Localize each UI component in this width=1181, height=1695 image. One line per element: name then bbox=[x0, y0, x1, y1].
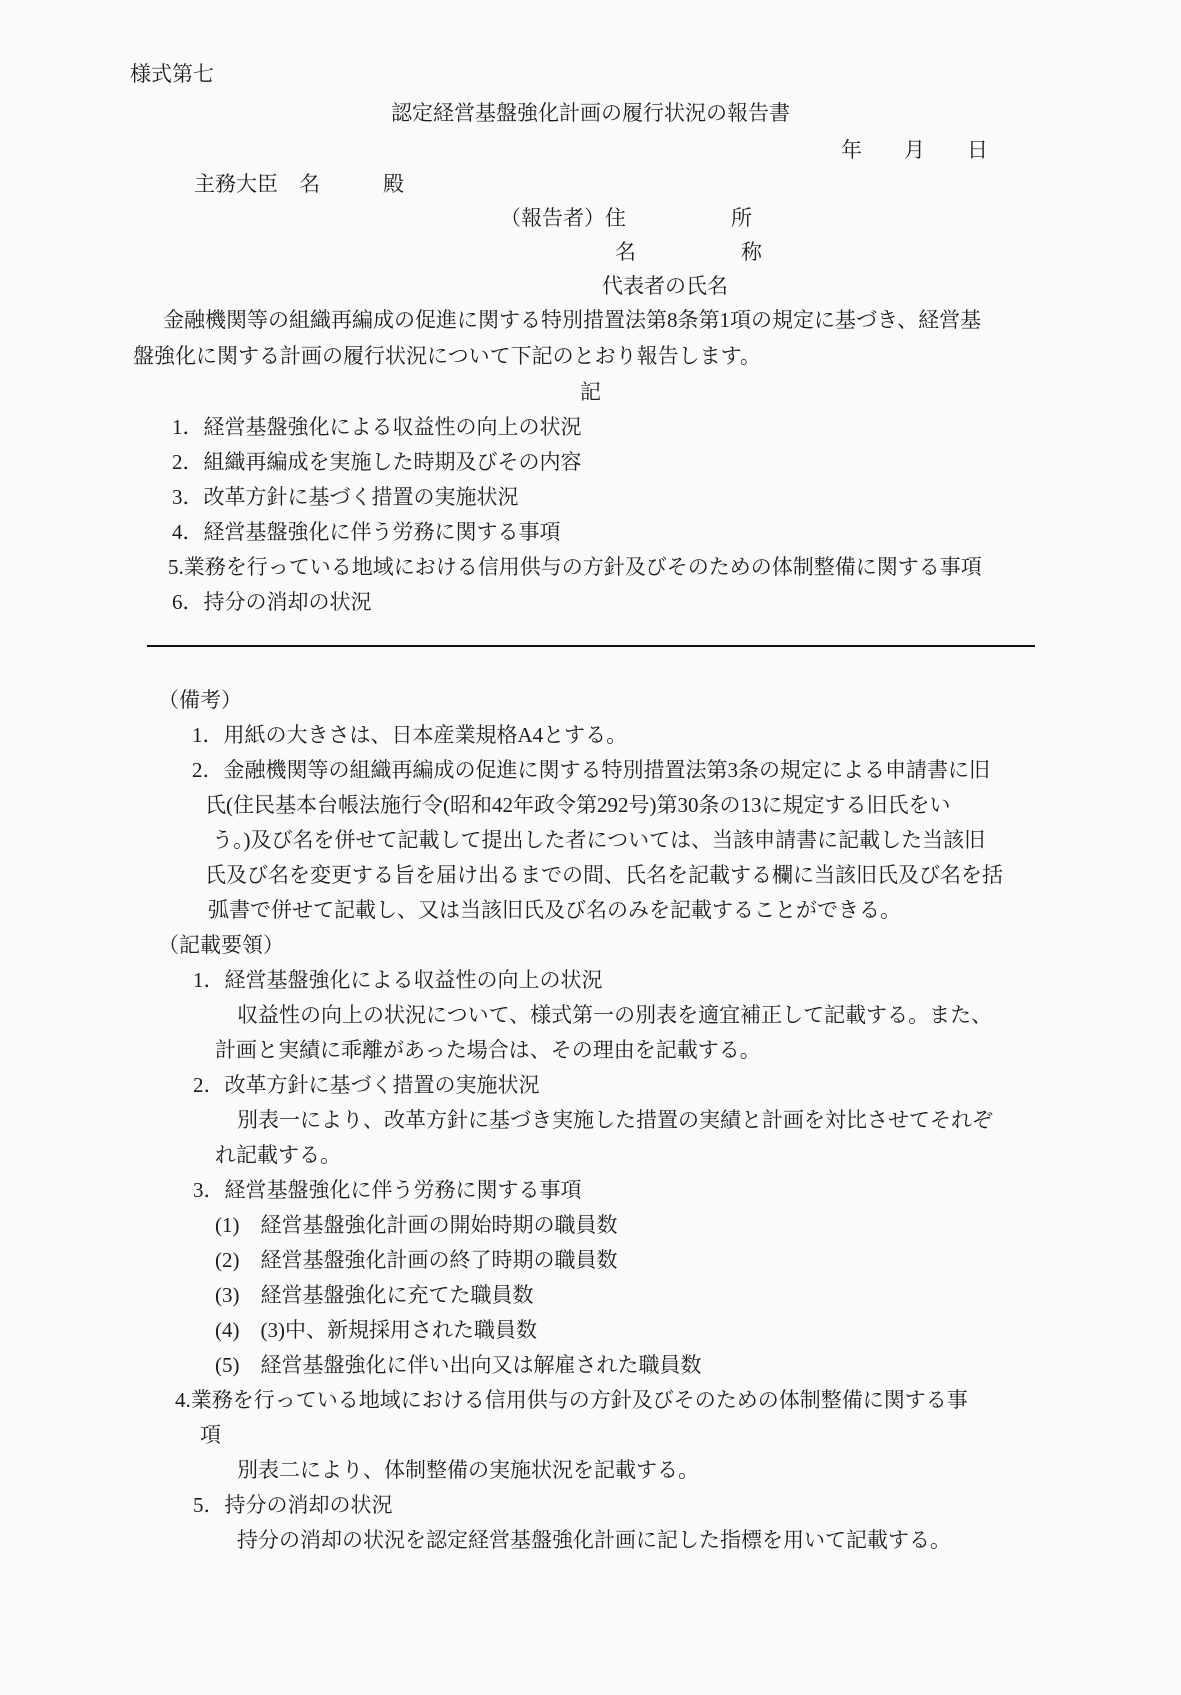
instructions-line-12: (5) 経営基盤強化に伴い出向又は解雇された職員数 bbox=[215, 1353, 701, 1377]
form-number: 様式第七 bbox=[130, 62, 214, 86]
instructions-line-14: 項 bbox=[200, 1423, 221, 1447]
document-page: 様式第七 認定経営基盤強化計画の履行状況の報告書 年 月 日 主務大臣 名 殿 … bbox=[0, 0, 1181, 1695]
record-marker: 記 bbox=[0, 380, 1181, 404]
section-divider bbox=[147, 645, 1035, 647]
document-title: 認定経営基盤強化計画の履行状況の報告書 bbox=[0, 101, 1181, 125]
reporter-address-line: （報告者）住 所 bbox=[500, 206, 752, 230]
notes-line-5: 氏及び名を変更する旨を届け出るまでの間、氏名を記載する欄に当該旧氏及び名を括 bbox=[205, 863, 1003, 887]
date-line: 年 月 日 bbox=[841, 138, 988, 162]
instructions-line-1: 1．経営基盤強化による収益性の向上の状況 bbox=[193, 968, 603, 992]
intro-line-2: 盤強化に関する計画の履行状況について下記のとおり報告します。 bbox=[133, 344, 761, 368]
instructions-line-15: 別表二により、体制整備の実施状況を記載する。 bbox=[237, 1458, 699, 1482]
instructions-line-4: 2．改革方針に基づく措置の実施状況 bbox=[193, 1073, 540, 1097]
notes-line-4: う。)及び名を併せて記載して提出した者については、当該申請書に記載した当該旧 bbox=[212, 828, 985, 852]
instructions-line-5: 別表一により、改革方針に基づき実施した措置の実績と計画を対比させてそれぞ bbox=[237, 1108, 993, 1132]
instructions-line-13: 4.業務を行っている地域における信用供与の方針及びそのための体制整備に関する事 bbox=[175, 1388, 968, 1412]
instructions-line-8: (1) 経営基盤強化計画の開始時期の職員数 bbox=[215, 1213, 618, 1237]
instructions-line-17: 持分の消却の状況を認定経営基盤強化計画に記した指標を用いて記載する。 bbox=[237, 1528, 951, 1552]
instructions-heading: （記載要領） bbox=[158, 933, 284, 957]
instructions-line-11: (4) (3)中、新規採用された職員数 bbox=[215, 1318, 537, 1342]
instructions-line-16: 5．持分の消却の状況 bbox=[193, 1493, 393, 1517]
instructions-line-3: 計画と実績に乖離があった場合は、その理由を記載する。 bbox=[215, 1038, 761, 1062]
instructions-line-2: 収益性の向上の状況について、様式第一の別表を適宜補正して記載する。また、 bbox=[237, 1003, 992, 1027]
report-item-5: 5.業務を行っている地域における信用供与の方針及びそのための体制整備に関する事項 bbox=[168, 555, 982, 579]
report-item-1: 1．経営基盤強化による収益性の向上の状況 bbox=[172, 415, 582, 439]
intro-line-1: 金融機関等の組織再編成の促進に関する特別措置法第8条第1項の規定に基づき、経営基 bbox=[163, 308, 981, 332]
report-item-2: 2．組織再編成を実施した時期及びその内容 bbox=[172, 450, 582, 474]
instructions-line-6: れ記載する。 bbox=[215, 1143, 341, 1167]
instructions-line-10: (3) 経営基盤強化に充てた職員数 bbox=[215, 1283, 534, 1307]
notes-line-1: 1．用紙の大きさは、日本産業規格A4とする。 bbox=[192, 723, 627, 747]
notes-line-3: 氏(住民基本台帳法施行令(昭和42年政令第292号)第30条の13に規定する旧氏… bbox=[205, 793, 950, 817]
notes-line-2: 2．金融機関等の組織再編成の促進に関する特別措置法第3条の規定による申請書に旧 bbox=[192, 758, 990, 782]
instructions-line-7: 3．経営基盤強化に伴う労務に関する事項 bbox=[193, 1178, 582, 1202]
reporter-representative-line: 代表者の氏名 bbox=[602, 274, 728, 298]
report-item-6: 6．持分の消却の状況 bbox=[172, 590, 372, 614]
reporter-name-line: 名 称 bbox=[615, 240, 762, 264]
addressee-line: 主務大臣 名 殿 bbox=[194, 172, 404, 196]
report-item-3: 3．改革方針に基づく措置の実施状況 bbox=[172, 485, 519, 509]
notes-line-6: 弧書で併せて記載し、又は当該旧氏及び名のみを記載することができる。 bbox=[208, 898, 901, 922]
instructions-line-9: (2) 経営基盤強化計画の終了時期の職員数 bbox=[215, 1248, 618, 1272]
notes-heading: （備考） bbox=[158, 688, 242, 712]
report-item-4: 4．経営基盤強化に伴う労務に関する事項 bbox=[172, 520, 561, 544]
